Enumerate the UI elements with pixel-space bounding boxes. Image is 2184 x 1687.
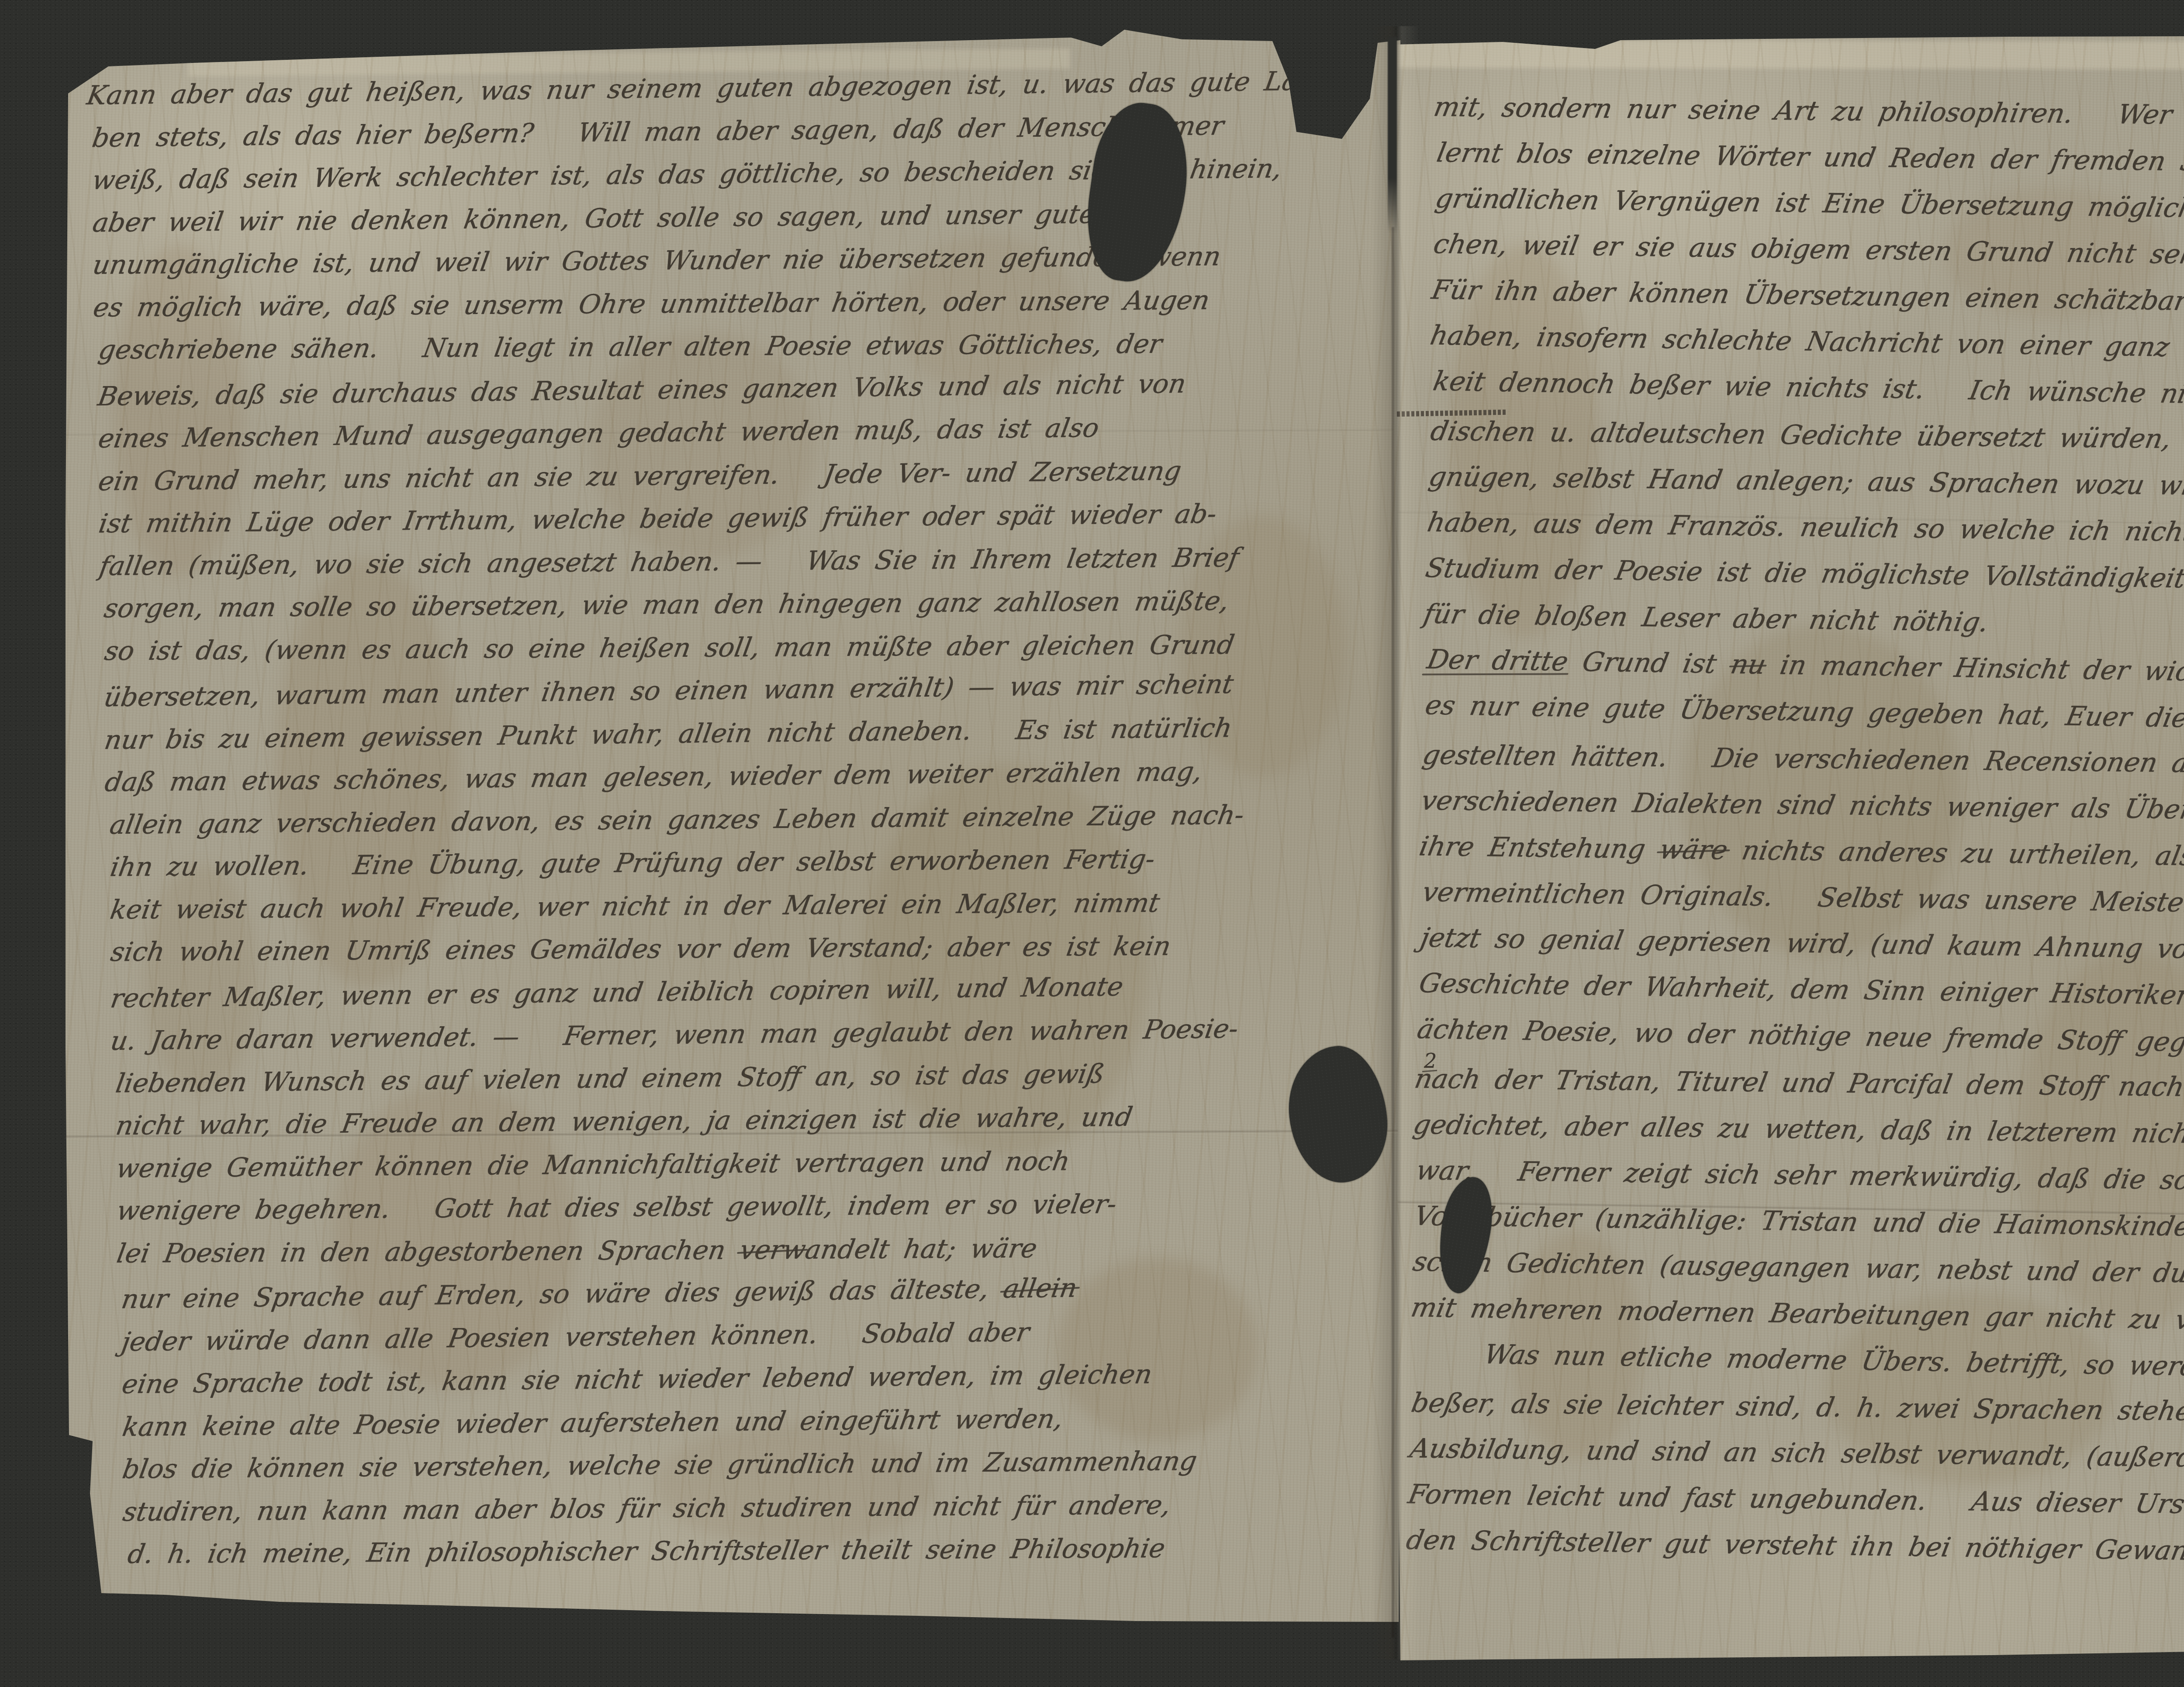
fold-gap	[1388, 37, 1397, 233]
handwritten-line: es möglich wäre, daß sie unserm Ohre unm…	[91, 285, 1212, 323]
handwritten-line: für die bloßen Leser aber nicht nöthig.	[1421, 598, 1991, 638]
page-left-text: Kann aber das gut heißen, was nur seinem…	[64, 14, 1415, 1625]
handwritten-line: chen, weil er sie aus obigem ersten Grun…	[1431, 228, 2184, 274]
handwritten-line: übersetzen, warum man unter ihnen so ein…	[102, 669, 1236, 713]
handwritten-line: nach der Tristan, Titurel und Parcifal d…	[1412, 1063, 2184, 1106]
struck-word: nu	[1728, 649, 1768, 680]
handwritten-line: wenigere begehren. Gott hat dies selbst …	[114, 1189, 1119, 1226]
handwritten-line: studiren, nun kann man aber blos für sic…	[121, 1490, 1173, 1527]
handwritten-line: dischen u. altdeutschen Gedichte überset…	[1428, 416, 2184, 460]
handwritten-line: Für ihn aber können Übersetzungen einen …	[1429, 274, 2184, 321]
handwritten-line: u. Jahre daran verwendet. — Ferner, wenn…	[108, 1014, 1241, 1056]
page-right-text: mit, sondern nur seine Art zu philosophi…	[1372, 23, 2184, 1684]
struck-word: verw	[738, 1234, 808, 1265]
handwritten-line: jeder würde dann alle Poesien verstehen …	[120, 1317, 1032, 1357]
handwritten-line: aber weil wir nie denken können, Gott so…	[90, 198, 1180, 238]
handwritten-line: keit dennoch beßer wie nichts ist. Ich w…	[1431, 366, 2184, 416]
manuscript-scan: Kann aber das gut heißen, was nur seinem…	[0, 0, 2184, 1687]
handwritten-line: eine Sprache todt ist, kann sie nicht wi…	[120, 1359, 1154, 1400]
handwritten-line: fallen (müßen, wo sie sich angesetzt hab…	[97, 542, 1241, 581]
handwritten-line: lei Poesien in den abgestorbenen Sprache…	[114, 1233, 1039, 1269]
handwritten-line: jetzt so genial gepriesen wird, (und kau…	[1418, 922, 2184, 973]
handwritten-line: mit mehreren modernen Bearbeitungen gar …	[1408, 1292, 2184, 1339]
handwritten-line: verschiedenen Dialekten sind nichts weni…	[1419, 785, 2184, 829]
fold-seam	[1392, 227, 1394, 1638]
handwritten-line: unumgängliche ist, und weil wir Gottes W…	[91, 241, 1223, 280]
handwritten-line: so ist das, (wenn es auch so eine heißen…	[102, 629, 1237, 666]
handwritten-line: Volksbücher (unzählige: Tristan und die …	[1412, 1201, 2184, 1246]
handwritten-line: nicht wahr, die Freude an dem wenigen, j…	[114, 1102, 1135, 1141]
handwritten-line: vermeintlichen Originals. Selbst was uns…	[1420, 876, 2184, 922]
page-left: Kann aber das gut heißen, was nur seinem…	[64, 25, 1401, 1625]
handwritten-line: Der dritte Grund ist nu in mancher Hinsi…	[1424, 644, 2184, 693]
handwritten-line: Studium der Poesie ist die möglichste Vo…	[1423, 552, 2184, 600]
handwritten-line: sorgen, man solle so übersetzen, wie man…	[102, 586, 1231, 624]
handwritten-line: ächten Poesie, wo der nöthige neue fremd…	[1415, 1014, 2184, 1063]
handwritten-line: Was nun etliche moderne Übers. betrifft,…	[1406, 1338, 2184, 1387]
handwritten-line: ein Grund mehr, uns nicht an sie zu verg…	[96, 455, 1184, 497]
handwritten-line: nur eine Sprache auf Erden, so wäre dies…	[119, 1273, 1079, 1314]
handwritten-line: gründlichen Vergnügen ist Eine Übersetzu…	[1433, 183, 2184, 228]
handwritten-line: wenige Gemüther können die Mannichfaltig…	[114, 1146, 1072, 1184]
struck-word: allein	[1001, 1273, 1079, 1304]
handwritten-line: haben, insofern schlechte Nachricht von …	[1427, 320, 2184, 369]
handwritten-line: es nur eine gute Übersetzung gegeben hat…	[1423, 690, 2184, 740]
handwritten-line: Geschichte der Wahrheit, dem Sinn einige…	[1417, 968, 2184, 1021]
handwritten-line: gnügen, selbst Hand anlegen; aus Sprache…	[1427, 461, 2184, 506]
handwritten-line: blos die können sie verstehen, welche si…	[120, 1446, 1199, 1485]
handwritten-line: ihre Entstehung wäre nichts anderes zu u…	[1417, 831, 2184, 876]
handwritten-line: Formen leicht und fast ungebunden. Aus d…	[1406, 1479, 2184, 1523]
handwritten-line: beßer, als sie leichter sind, d. h. zwei…	[1409, 1387, 2184, 1431]
handwritten-line: lernt blos einzelne Wörter und Reden der…	[1434, 137, 2184, 181]
handwritten-line: schen Gedichten (ausgegangen war, nebst …	[1410, 1246, 2184, 1294]
struck-word: wäre	[1657, 834, 1730, 866]
handwritten-line: mit, sondern nur seine Art zu philosophi…	[1431, 91, 2184, 135]
handwritten-line: eines Menschen Mund ausgegangen gedacht …	[96, 413, 1101, 454]
handwritten-line: gestellten hätten. Die verschiedenen Rec…	[1420, 739, 2184, 782]
handwritten-line: den Schriftsteller gut versteht ihn bei …	[1404, 1525, 2184, 1570]
handwritten-line: nur bis zu einem gewissen Punkt wahr, al…	[102, 712, 1234, 755]
handwritten-line: ben stets, als das hier beßern? Will man…	[90, 110, 1226, 153]
handwritten-line: sich wohl einen Umriß eines Gemäldes vor…	[108, 931, 1173, 968]
handwritten-line: kann keine alte Poesie wieder auferstehe…	[120, 1404, 1065, 1442]
handwritten-line: daß man etwas schönes, was man gelesen, …	[103, 756, 1204, 798]
handwritten-line: rechter Maßler, wenn er es ganz und leib…	[108, 971, 1125, 1014]
handwritten-line: ihn zu wollen. Eine Übung, gute Prüfung …	[108, 844, 1157, 882]
handwritten-line: d. h. ich meine, Ein philosophischer Sch…	[126, 1533, 1168, 1570]
handwritten-line: haben, aus dem Französ. neulich so welch…	[1425, 507, 2184, 552]
handwritten-line: Ausbildung, und sind an sich selbst verw…	[1407, 1433, 2184, 1475]
handwritten-line: ist mithin Lüge oder Irrthum, welche bei…	[97, 499, 1219, 539]
handwritten-line: liebenden Wunsch es auf vielen und einem…	[114, 1059, 1107, 1099]
underlined-word: Der dritte	[1424, 644, 1571, 677]
handwritten-line: keit weist auch wohl Freude, wer nicht i…	[108, 887, 1162, 925]
page-right: 2 mit, sondern nur seine Art zu philosop…	[1395, 23, 2184, 1666]
handwritten-line: allein ganz verschieden davon, es sein g…	[107, 800, 1246, 840]
handwritten-line: gedichtet, aber alles zu wetten, daß in …	[1410, 1109, 2184, 1154]
handwritten-line: Beweis, daß sie durchaus das Resultat ei…	[96, 368, 1188, 412]
handwritten-line: geschriebene sähen. Nun liegt in aller a…	[96, 329, 1164, 366]
handwritten-line: war. Ferner zeigt sich sehr merkwürdig, …	[1413, 1155, 2184, 1200]
